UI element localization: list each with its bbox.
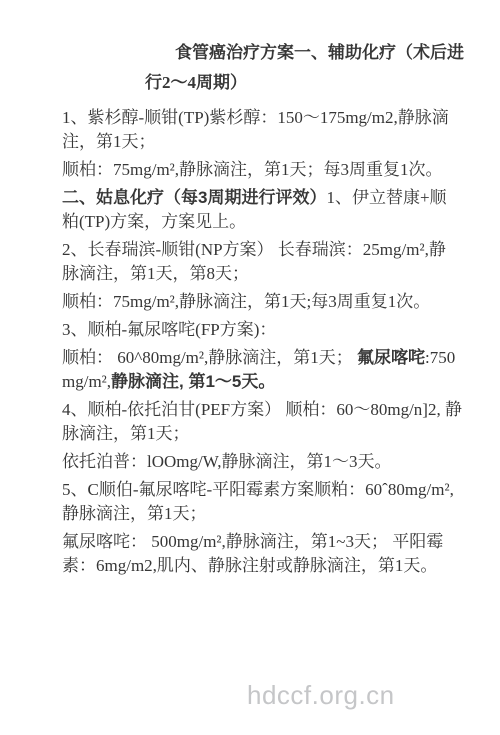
paragraph: 4、顺柏-依托泊甘(PEF方案） 顺柏：60〜80mg/n]2, 静脉滴注，第1… (62, 398, 462, 446)
paragraph: 5、C顺伯-氟尿喀咤-平阳霉素方案顺粕：60ˆ80mg/m², 静脉滴注，第1天… (62, 478, 462, 526)
paragraph: 3、顺柏-氟尿喀咤(FP方案)： (62, 318, 462, 342)
text-segment: 3、顺柏-氟尿喀咤(FP方案)： (62, 320, 276, 339)
paragraph: 1、紫杉醇-顺钳(TP)紫杉醇：150〜175mg/m2,静脉滴注，第1天； (62, 106, 462, 154)
bold-text-segment: 二、姑息化疗（每3周期进行评效） (62, 188, 326, 207)
text-segment: 顺柏： 60^80mg/m²,静脉滴注，第1天； (62, 348, 357, 367)
text-segment: 4、顺柏-依托泊甘(PEF方案） 顺柏：60〜80mg/n]2, 静脉滴注，第1… (62, 400, 462, 443)
document-title: 食管癌治疗方案一、辅助化疗（术后进行2〜4周期） (145, 38, 464, 98)
paragraph: 氟尿喀咤： 500mg/m²,静脉滴注，第1~3天； 平阳霉素：6mg/m2,肌… (62, 530, 462, 578)
paragraph: 顺柏：75mg/m²,静脉滴注，第1天;每3周重复1次。 (62, 290, 462, 314)
paragraph: 依托泊普：lOOmg/W,静脉滴注，第1〜3天。 (62, 450, 462, 474)
text-segment: 5、C顺伯-氟尿喀咤-平阳霉素方案顺粕：60ˆ80mg/m², 静脉滴注，第1天… (62, 480, 454, 523)
watermark-text: hdccf.org.cn (247, 682, 395, 708)
document-page: 食管癌治疗方案一、辅助化疗（术后进行2〜4周期） 1、紫杉醇-顺钳(TP)紫杉醇… (0, 0, 500, 735)
text-segment: 2、长春瑞滨-顺钳(NP方案） 长春瑞滨：25mg/m²,静脉滴注，第1天，第8… (62, 240, 446, 283)
text-segment: 氟尿喀咤： 500mg/m²,静脉滴注，第1~3天； 平阳霉素：6mg/m2,肌… (62, 532, 443, 575)
paragraph: 顺柏： 60^80mg/m²,静脉滴注，第1天； 氟尿喀咤:750mg/m²,静… (62, 346, 462, 394)
text-segment: 顺柏：75mg/m²,静脉滴注，第1天；每3周重复1次。 (62, 160, 443, 179)
document-body: 1、紫杉醇-顺钳(TP)紫杉醇：150〜175mg/m2,静脉滴注，第1天；顺柏… (62, 106, 462, 578)
paragraph: 二、姑息化疗（每3周期进行评效）1、伊立替康+顺粕(TP)方案，方案见上。 (62, 186, 462, 234)
bold-text-segment: 静脉滴注, 第1〜5天。 (111, 372, 275, 391)
text-segment: 1、紫杉醇-顺钳(TP)紫杉醇：150〜175mg/m2,静脉滴注，第1天； (62, 108, 449, 151)
paragraph: 2、长春瑞滨-顺钳(NP方案） 长春瑞滨：25mg/m²,静脉滴注，第1天，第8… (62, 238, 462, 286)
bold-text-segment: 氟尿喀咤 (357, 348, 425, 367)
paragraph: 顺柏：75mg/m²,静脉滴注，第1天；每3周重复1次。 (62, 158, 462, 182)
text-segment: 依托泊普：lOOmg/W,静脉滴注，第1〜3天。 (62, 452, 391, 471)
text-segment: 顺柏：75mg/m²,静脉滴注，第1天;每3周重复1次。 (62, 292, 430, 311)
